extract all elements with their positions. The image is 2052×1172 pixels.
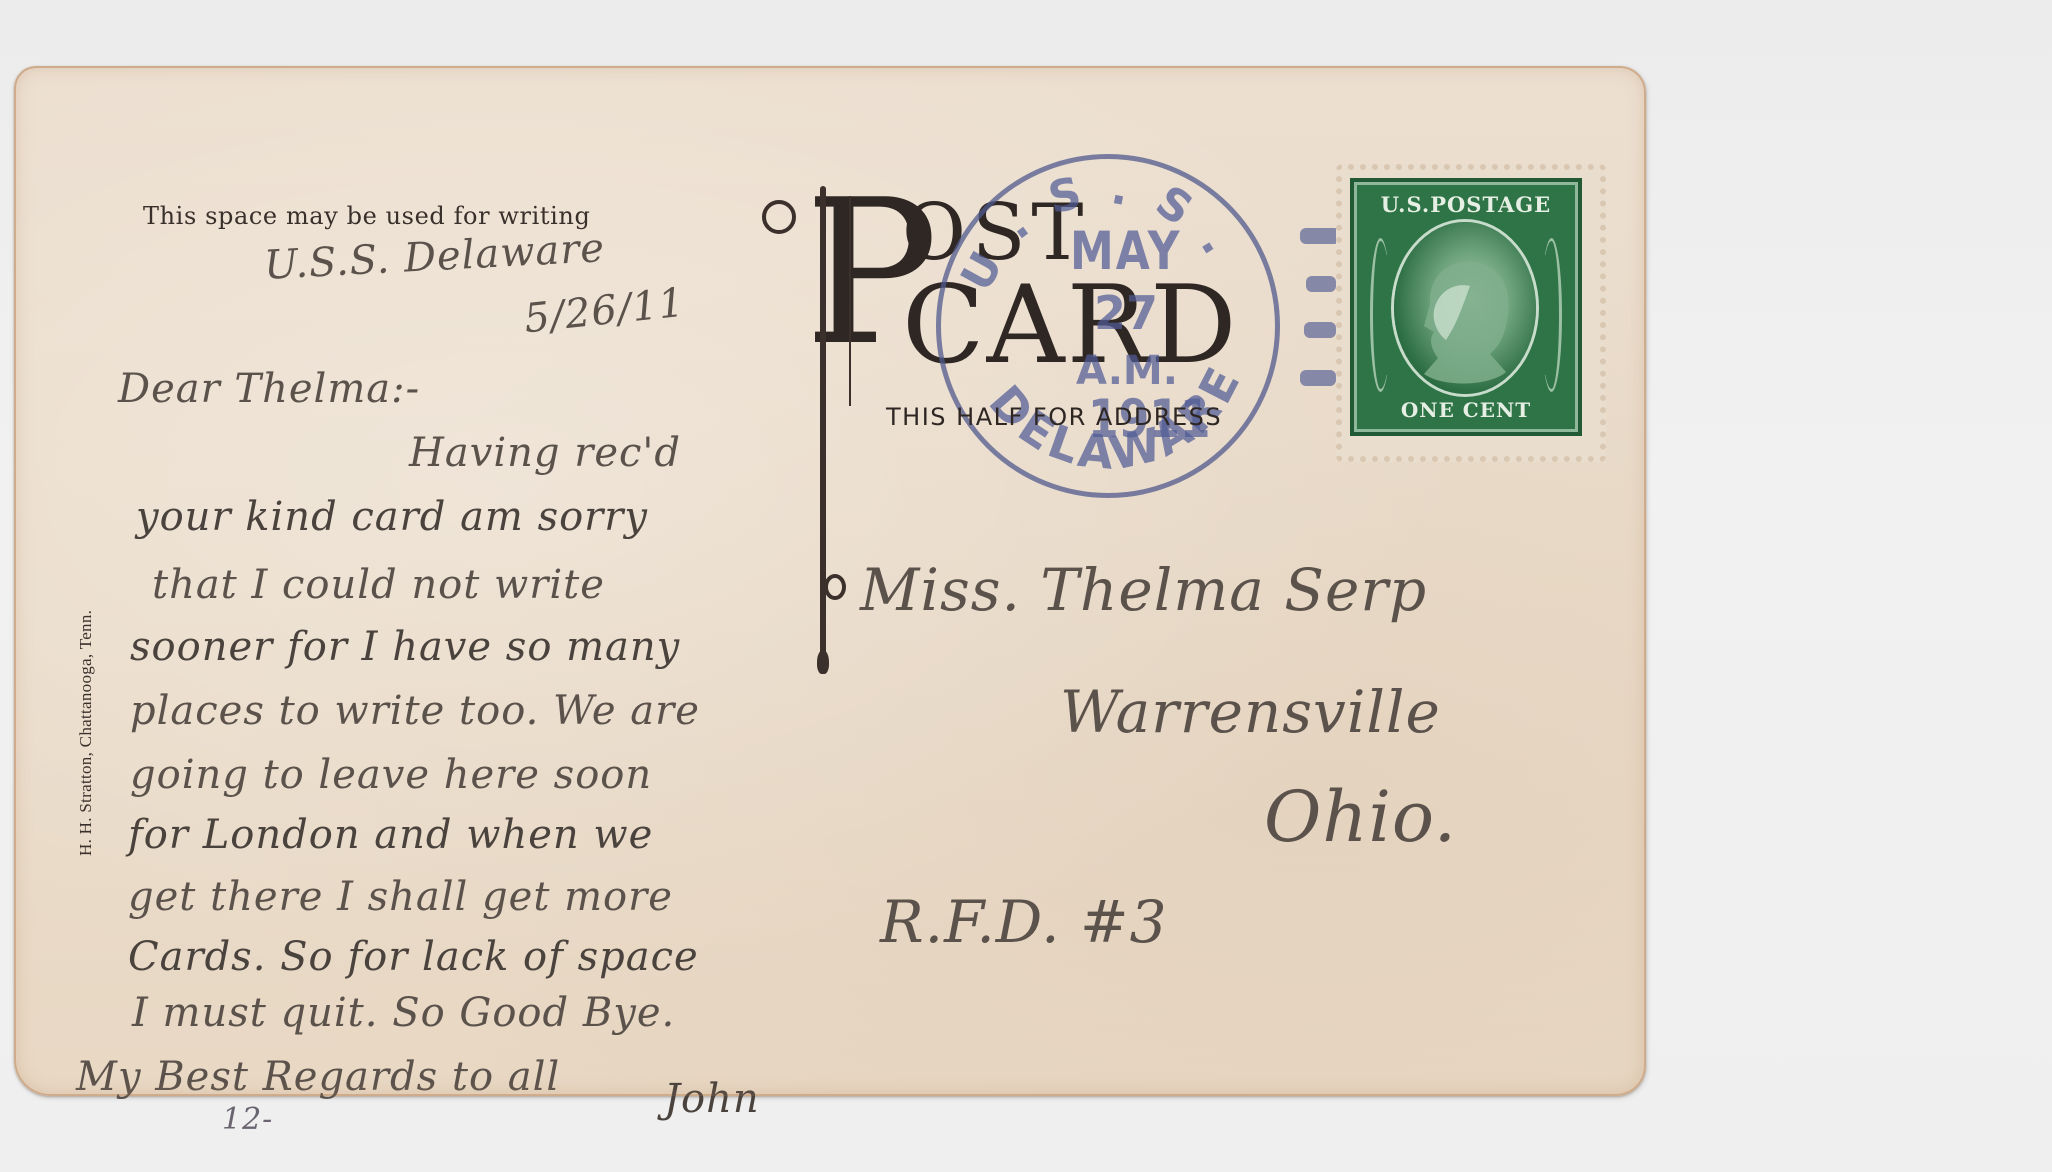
cancel-bar bbox=[1304, 322, 1336, 338]
stamp-bottom-text: ONE CENT bbox=[1354, 398, 1578, 422]
printer-credit: H. H. Stratton, Chattanooga, Tenn. bbox=[76, 610, 96, 856]
message-greeting: Dear Thelma:- bbox=[118, 366, 420, 412]
postage-stamp: U.S.POSTAGE ONE CENT bbox=[1350, 178, 1582, 436]
postmark-day: 27 bbox=[1094, 286, 1158, 340]
writing-space-note: This space may be used for writing bbox=[143, 202, 590, 230]
message-line: for London and when we bbox=[128, 812, 653, 858]
signature: John bbox=[664, 1076, 760, 1122]
divider-curl-icon bbox=[824, 574, 846, 600]
franklin-portrait-icon bbox=[1394, 222, 1536, 394]
postmark-month: MAY bbox=[1070, 221, 1182, 282]
message-line: that I could not write bbox=[152, 562, 605, 608]
message-line: My Best Regards to all bbox=[76, 1054, 560, 1100]
message-line: get there I shall get more bbox=[128, 874, 673, 920]
recipient-route: R.F.D. #3 bbox=[880, 888, 1168, 956]
ornament-curl-icon bbox=[762, 200, 796, 234]
ship-name: U.S.S. Delaware bbox=[263, 225, 606, 289]
recipient-name: Miss. Thelma Serp bbox=[860, 556, 1427, 624]
laurel-right-icon bbox=[1541, 238, 1562, 392]
center-divider bbox=[820, 186, 826, 672]
message-line: your kind card am sorry bbox=[136, 494, 648, 540]
recipient-city: Warrensville bbox=[1060, 678, 1441, 746]
cancel-bar bbox=[1300, 370, 1336, 386]
stamp-top-text: U.S.POSTAGE bbox=[1354, 192, 1578, 217]
cancel-bar bbox=[1306, 276, 1336, 292]
message-date: 5/26/11 bbox=[522, 280, 687, 343]
postcard-back: This space may be used for writing H. H.… bbox=[14, 66, 1646, 1096]
cancel-bar bbox=[1300, 228, 1340, 244]
message-line: going to leave here soon bbox=[130, 752, 652, 798]
ornament-rule bbox=[849, 196, 851, 406]
message-line: I must quit. So Good Bye. bbox=[132, 990, 675, 1036]
pencil-note: 12- bbox=[222, 1102, 273, 1137]
message-line: Cards. So for lack of space bbox=[128, 934, 699, 980]
postmark-time: A.M. bbox=[1076, 348, 1178, 394]
laurel-left-icon bbox=[1370, 238, 1391, 392]
message-line: places to write too. We are bbox=[130, 688, 700, 734]
message-line: Having rec'd bbox=[409, 430, 681, 476]
address-half-note: THIS HALF FOR ADDRESS bbox=[886, 403, 1222, 431]
recipient-state: Ohio. bbox=[1264, 776, 1457, 858]
message-line: sooner for I have so many bbox=[130, 624, 680, 670]
